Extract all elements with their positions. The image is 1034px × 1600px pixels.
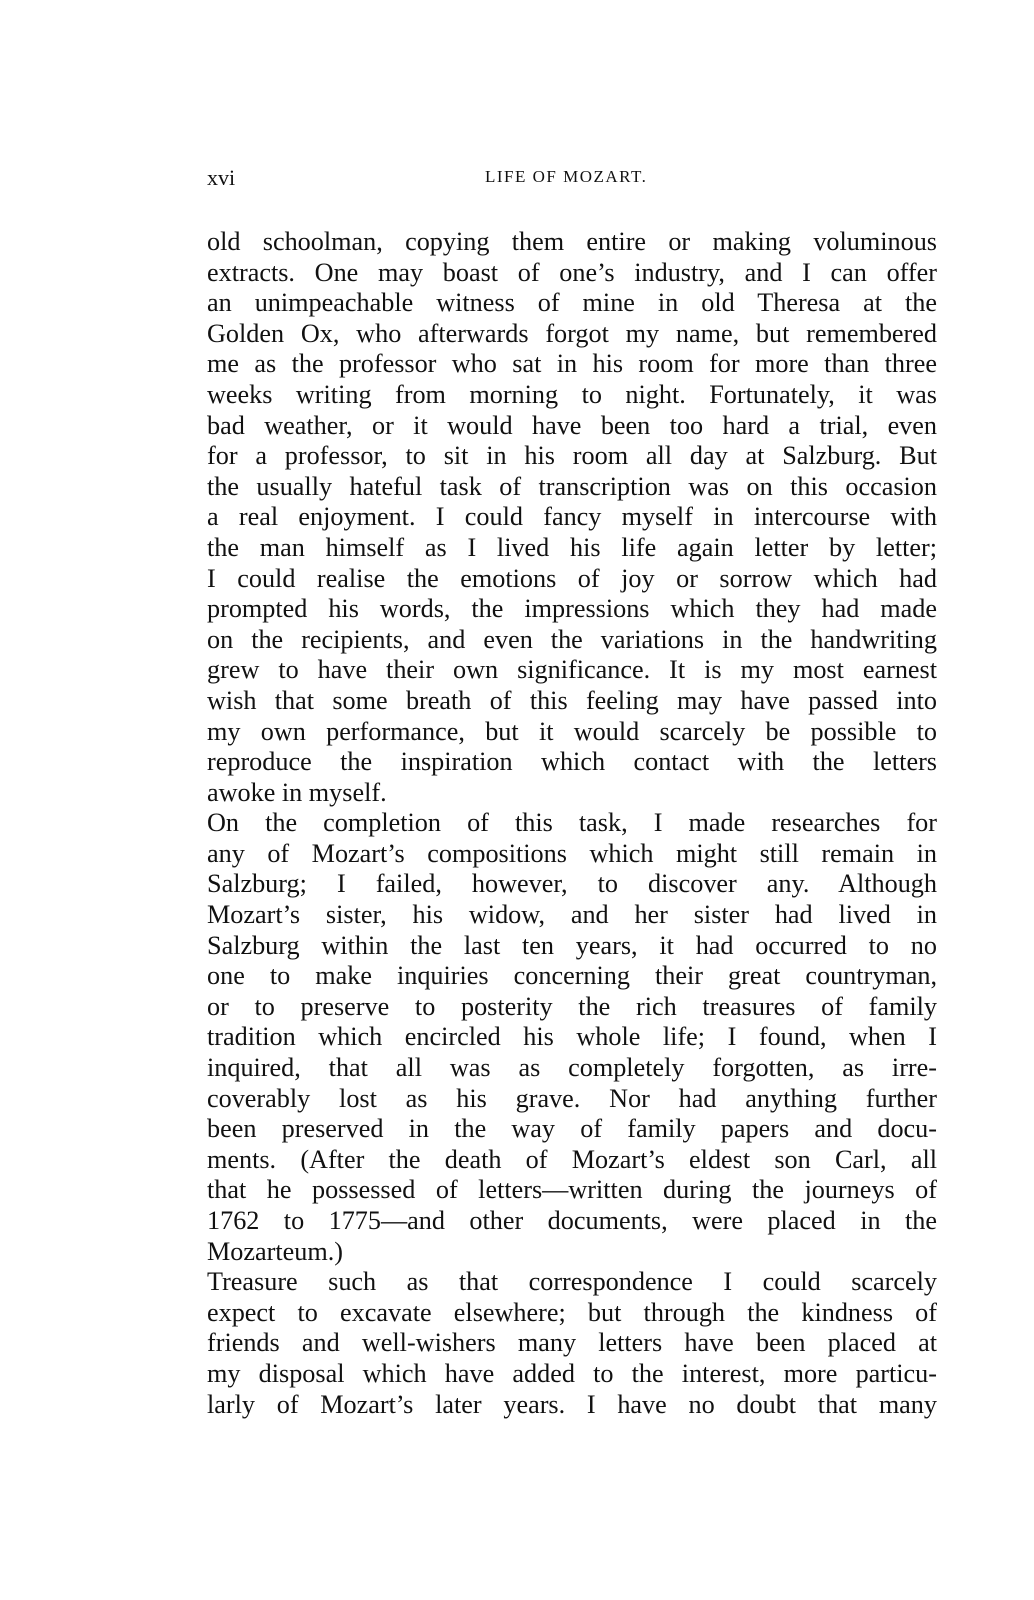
text-line: expect to excavate elsewhere; but throug… <box>207 1298 937 1329</box>
text-line: reproduce the inspiration which contact … <box>207 747 937 778</box>
text-line: extracts. One may boast of one’s industr… <box>207 258 937 289</box>
text-line: coverably lost as his grave. Nor had any… <box>207 1084 937 1115</box>
paragraph: On the completion of this task, I made r… <box>207 808 937 1267</box>
text-line: prompted his words, the impressions whic… <box>207 594 937 625</box>
paragraph: old schoolman, copying them entire or ma… <box>207 227 937 808</box>
text-line: Salzburg; I failed, however, to discover… <box>207 869 937 900</box>
text-line: the usually hateful task of transcriptio… <box>207 472 937 503</box>
text-line: that he possessed of letters—written dur… <box>207 1175 937 1206</box>
text-line: wish that some breath of this feeling ma… <box>207 686 937 717</box>
text-line: the man himself as I lived his life agai… <box>207 533 937 564</box>
text-line: been preserved in the way of family pape… <box>207 1114 937 1145</box>
text-line: my own performance, but it would scarcel… <box>207 717 937 748</box>
running-title: LIFE OF MOZART. <box>485 167 647 187</box>
text-line: or to preserve to posterity the rich tre… <box>207 992 937 1023</box>
text-line: on the recipients, and even the variatio… <box>207 625 937 656</box>
text-line: friends and well-wishers many letters ha… <box>207 1328 937 1359</box>
text-line: Mozart’s sister, his widow, and her sist… <box>207 900 937 931</box>
text-line: Mozarteum.) <box>207 1237 937 1268</box>
running-header: xvi LIFE OF MOZART. <box>207 165 937 195</box>
text-line: a real enjoyment. I could fancy myself i… <box>207 502 937 533</box>
text-line: me as the professor who sat in his room … <box>207 349 937 380</box>
text-line: awoke in myself. <box>207 778 937 809</box>
paragraph: Treasure such as that correspondence I c… <box>207 1267 937 1420</box>
text-line: one to make inquiries concerning their g… <box>207 961 937 992</box>
text-line: Golden Ox, who afterwards forgot my name… <box>207 319 937 350</box>
book-page: xvi LIFE OF MOZART. old schoolman, copyi… <box>207 165 937 195</box>
text-line: Salzburg within the last ten years, it h… <box>207 931 937 962</box>
text-line: larly of Mozart’s later years. I have no… <box>207 1390 937 1421</box>
text-line: weeks writing from morning to night. For… <box>207 380 937 411</box>
text-line: old schoolman, copying them entire or ma… <box>207 227 937 258</box>
text-line: for a professor, to sit in his room all … <box>207 441 937 472</box>
text-line: my disposal which have added to the inte… <box>207 1359 937 1390</box>
text-line: ments. (After the death of Mozart’s elde… <box>207 1145 937 1176</box>
text-line: any of Mozart’s compositions which might… <box>207 839 937 870</box>
text-line: 1762 to 1775—and other documents, were p… <box>207 1206 937 1237</box>
text-line: tradition which encircled his whole life… <box>207 1022 937 1053</box>
text-line: inquired, that all was as completely for… <box>207 1053 937 1084</box>
text-line: grew to have their own significance. It … <box>207 655 937 686</box>
text-line: bad weather, or it would have been too h… <box>207 411 937 442</box>
text-line: an unimpeachable witness of mine in old … <box>207 288 937 319</box>
text-line: Treasure such as that correspondence I c… <box>207 1267 937 1298</box>
text-line: I could realise the emotions of joy or s… <box>207 564 937 595</box>
body-text: old schoolman, copying them entire or ma… <box>207 227 937 1420</box>
page-number: xvi <box>207 165 235 191</box>
text-line: On the completion of this task, I made r… <box>207 808 937 839</box>
